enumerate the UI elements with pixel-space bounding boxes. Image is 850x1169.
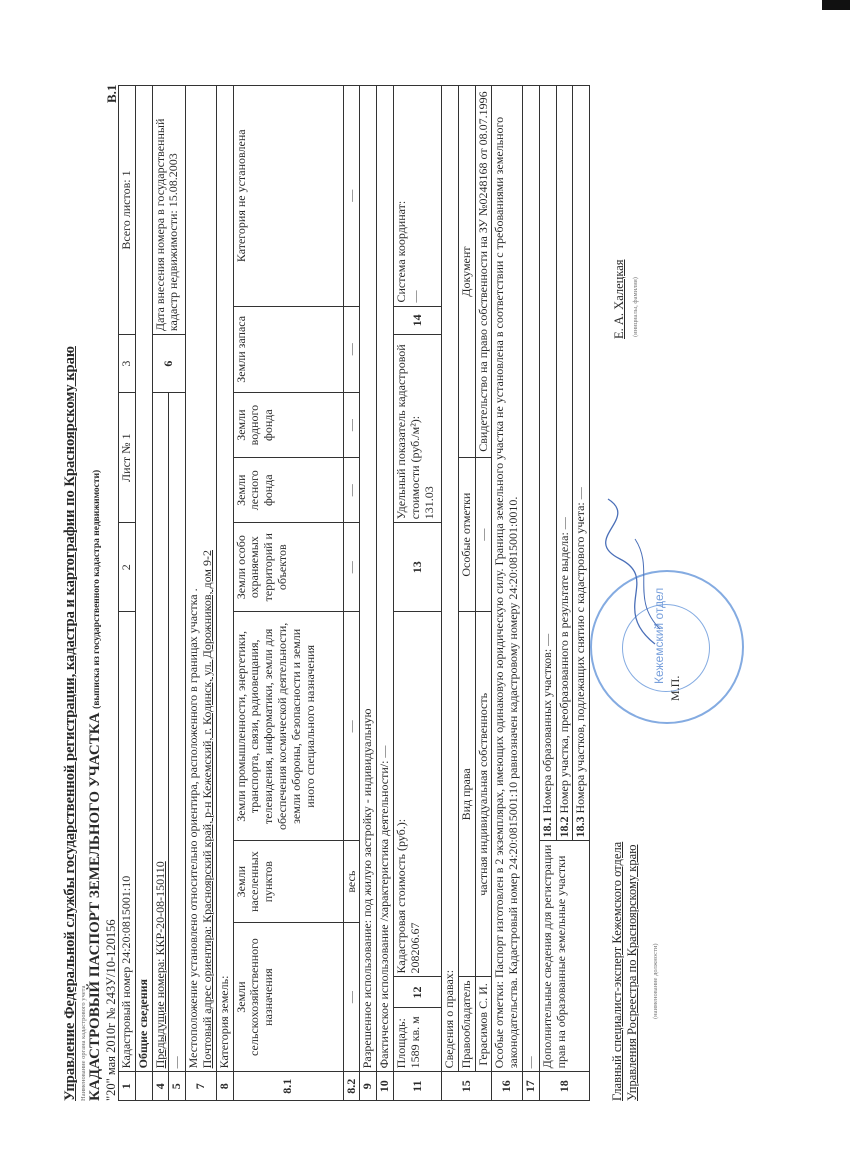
cell-2: 2 [119, 523, 136, 612]
unit-value: 131.03 [423, 338, 437, 519]
value-industry: — [343, 612, 360, 841]
row-4: 4 Предыдущие номера: ККР-20-08-150110 6 … [152, 86, 169, 1101]
previous-numbers: Предыдущие номера: ККР-20-08-150110 [152, 393, 169, 1072]
coordinate-system-value: — [409, 89, 423, 303]
category-industry: Земли промышленности, энергетики, трансп… [233, 612, 343, 841]
cadastral-value: 208206.67 [409, 615, 423, 973]
sub-number: 18.1 [540, 817, 554, 838]
row-number: 18 [539, 1072, 589, 1101]
location-description: Местоположение установлено относительно … [187, 89, 201, 1068]
stamp-mark: М.П. [668, 676, 683, 701]
row-8-1: 8.1 Земли сельскохозяйственного назначен… [233, 86, 343, 1101]
row-number: 10 [377, 1072, 394, 1101]
document-page: Управление Федеральной службы государств… [0, 0, 850, 1169]
ownership-document: Свидетельство на право собственности на … [475, 86, 492, 458]
signer-position: Главный специалист-эксперт Кежемского от… [610, 842, 640, 1101]
section-general: Общие сведения [135, 86, 152, 1072]
transformed-plot-value: — [557, 517, 571, 529]
document-title: КАДАСТРОВЫЙ ПАСПОРТ ЗЕМЕЛЬНОГО УЧАСТКА (… [87, 470, 104, 1101]
row-number: 15 [441, 1072, 491, 1101]
date-line: "20" мая 2010г № 243У/10-120156 [104, 919, 119, 1101]
rights-header-row: Правообладатель Вид права Особые отметки… [458, 86, 475, 1101]
value-water: — [343, 393, 360, 458]
formed-plots-label: Номера образованных участков: [540, 649, 554, 814]
rights-data-row: Герасимов С. И. частная индивидуальная с… [475, 86, 492, 1101]
passport-table: 1 Кадастровый номер 24:20:0815001:10 2 Л… [118, 85, 590, 1101]
row-18-1: 18 Дополнительные сведения для регистрац… [539, 86, 556, 1101]
authority-caption: Наименование органа кадастрового учета [80, 986, 87, 1101]
value-protected: — [343, 523, 360, 612]
row-number: 17 [522, 1072, 539, 1101]
authority-name: Управление Федеральной службы государств… [62, 346, 79, 1101]
area-value: 1589 кв. м [409, 1011, 423, 1068]
row-number: 1 [119, 1072, 136, 1101]
row-10: 10 Фактическое использование /характерис… [377, 86, 394, 1101]
permitted-use: Разрешенное использование: под жилую зас… [360, 86, 377, 1072]
row-number: 14 [393, 306, 441, 335]
row-1: 1 Кадастровый номер 24:20:0815001:10 2 Л… [119, 86, 136, 1101]
value-agricultural: — [343, 922, 360, 1072]
removed-plots-value: — [573, 487, 587, 499]
row-8: 8 Категория земель: [216, 86, 233, 1101]
signature-scribble-icon [600, 489, 670, 649]
cell-3: 3 [119, 335, 136, 393]
row-number: 11 [393, 1072, 441, 1101]
area-label: Площадь: [395, 1011, 409, 1068]
row-17-value: — [522, 86, 539, 1072]
category-forest: Земли лесного фонда [233, 458, 343, 523]
actual-use-value: — [377, 746, 391, 758]
position-caption: (наименование должности) [652, 943, 659, 1019]
title-note: (выписка из государственного кадастра не… [92, 470, 102, 709]
cadastral-value-label: Кадастровая стоимость (руб.): [395, 615, 409, 973]
postal-address: Почтовый адрес ориентира: Красноярский к… [201, 89, 215, 1068]
row-5-value: — [169, 393, 186, 1072]
sub-number: 18.2 [557, 817, 571, 838]
actual-use-label: Фактическое использование /характеристик… [377, 761, 391, 1069]
row-number: 4 [152, 1072, 169, 1101]
rights-label: Сведения о правах: [441, 86, 458, 1072]
owner-name: Герасимов С. И. [475, 977, 492, 1072]
special-notes: Особые отметки: Паспорт изготовлен в 2 э… [492, 86, 523, 1072]
title-text: КАДАСТРОВЫЙ ПАСПОРТ ЗЕМЕЛЬНОГО УЧАСТКА [87, 713, 103, 1101]
row-number: 7 [186, 1072, 217, 1101]
row-number: 16 [492, 1072, 523, 1101]
sheet-number: Лист № 1 [119, 393, 136, 523]
unit-value-label: Удельный показатель кадастровой стоимост… [395, 338, 423, 519]
row-8-2: 8.2 — весь — — — — — — [343, 86, 360, 1101]
category-water: Земли водного фонда [233, 393, 343, 458]
land-category-label: Категория земель: [216, 86, 233, 1072]
row-16: 16 Особые отметки: Паспорт изготовлен в … [492, 86, 523, 1101]
position-line-1: Главный специалист-эксперт Кежемского от… [610, 842, 625, 1101]
cadastral-number: Кадастровый номер 24:20:0815001:10 [119, 612, 136, 1072]
total-sheets: Всего листов: 1 [119, 86, 136, 335]
row-9: 9 Разрешенное использование: под жилую з… [360, 86, 377, 1101]
general-heading-row: Общие сведения [135, 86, 152, 1101]
row-15-label: 15 Сведения о правах: [441, 86, 458, 1101]
signer-name: Е. А. Халецкая [612, 259, 627, 339]
header-notes: Особые отметки [458, 458, 475, 612]
category-protected: Земли особо охраняемых территорий и объе… [233, 523, 343, 612]
row-number: 8 [216, 1072, 233, 1101]
right-type: частная индивидуальная собственность [475, 612, 492, 977]
value-reserve: — [343, 306, 360, 393]
row-number: 13 [393, 523, 441, 612]
value-settlements: весь [343, 841, 360, 922]
header-document: Документ [458, 86, 475, 458]
registration-date: Дата внесения номера в государственный к… [152, 86, 186, 335]
value-forest: — [343, 458, 360, 523]
row-number: 5 [169, 1072, 186, 1101]
row-7: 7 Местоположение установлено относительн… [186, 86, 217, 1101]
row-number: 8.2 [343, 1072, 360, 1101]
header-right-type: Вид права [458, 612, 475, 977]
position-line-2: Управления Росреестра по Красноярскому к… [625, 842, 640, 1101]
removed-plots-label: Номера участков, подлежащих снятию с кад… [573, 502, 587, 813]
category-agricultural: Земли сельскохозяйственного назначения [233, 922, 343, 1072]
category-not-set: Категория не установлена [233, 86, 343, 307]
coordinate-system-label: Система координат: [395, 89, 409, 303]
category-settlements: Земли населенных пунктов [233, 841, 343, 922]
row-number: 8.1 [233, 1072, 343, 1101]
formed-plots-value: — [540, 634, 554, 646]
row-number: 12 [393, 977, 441, 1008]
row-number: 9 [360, 1072, 377, 1101]
additional-info-label: Дополнительные сведения для регистрации … [539, 841, 589, 1072]
row-11-14: 11 Площадь:1589 кв. м 12 Кадастровая сто… [393, 86, 441, 1101]
name-caption: (инициалы, фамилия) [632, 277, 639, 337]
row-17: 17 — [522, 86, 539, 1101]
row-number: 6 [152, 335, 186, 393]
value-not-set: — [343, 86, 360, 307]
sub-number: 18.3 [573, 817, 587, 838]
header-owner: Правообладатель [458, 977, 475, 1072]
transformed-plot-label: Номер участка, преобразованного в резуль… [557, 532, 571, 813]
category-reserve: Земли запаса [233, 306, 343, 393]
rights-notes: — [475, 458, 492, 612]
